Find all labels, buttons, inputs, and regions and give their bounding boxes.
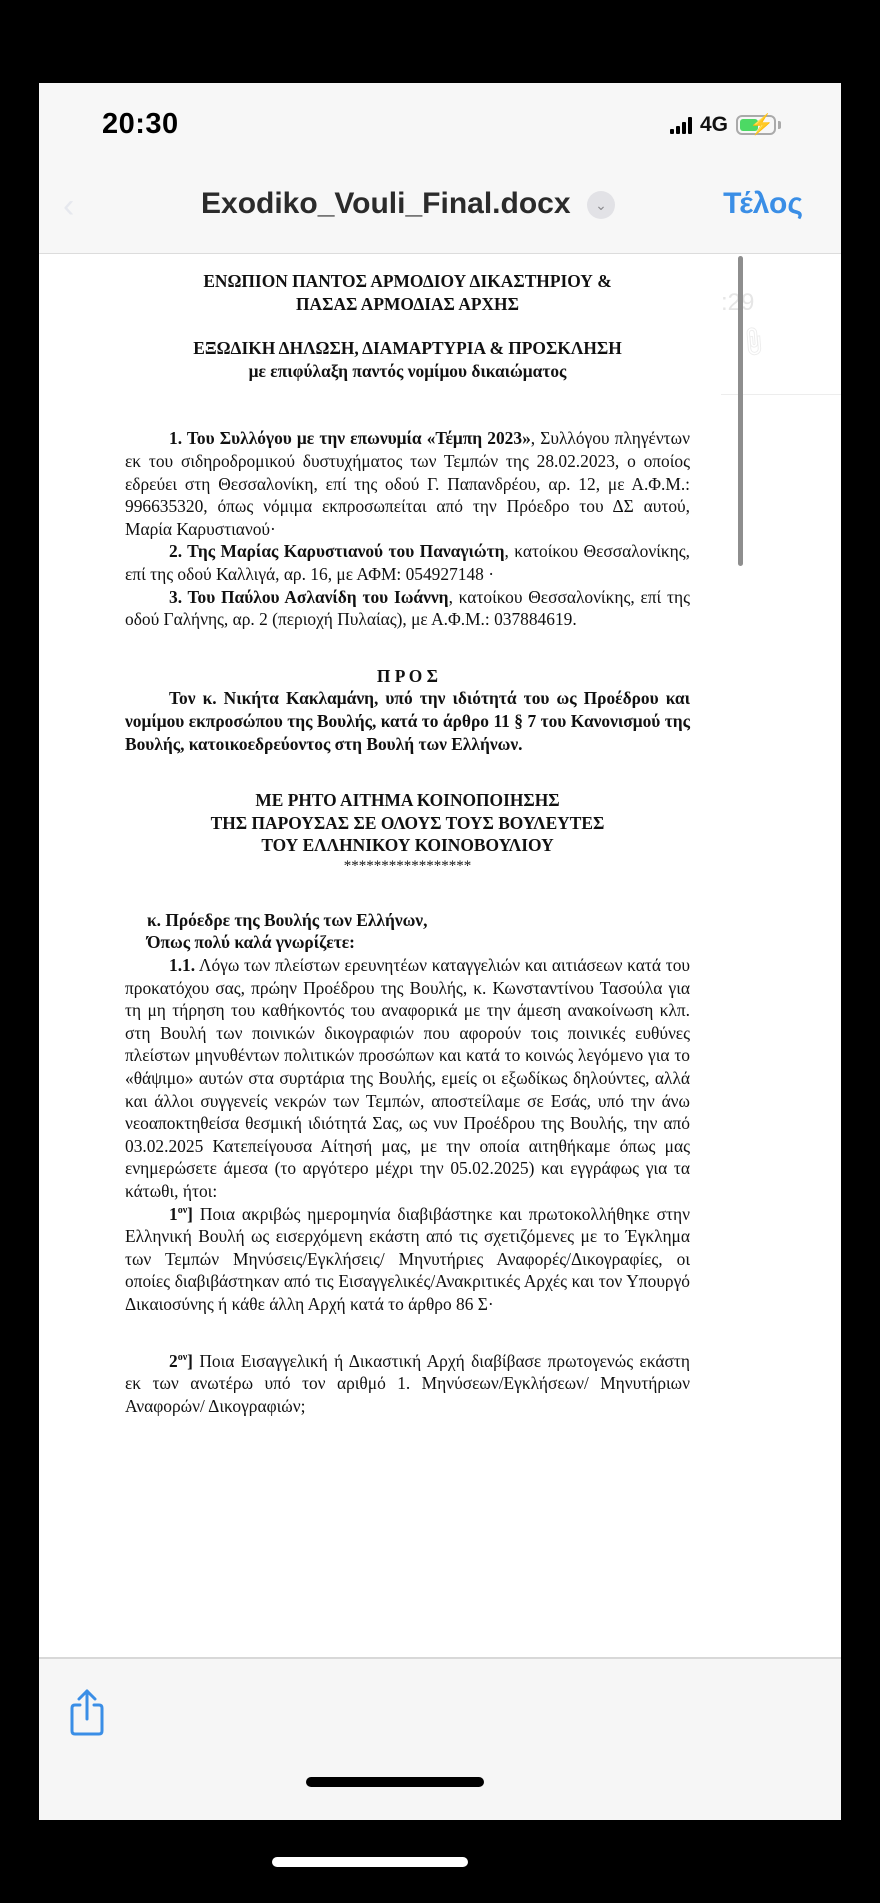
signal-icon — [670, 116, 692, 134]
share-icon — [69, 1687, 105, 1737]
battery-icon: ⚡ — [736, 115, 776, 135]
navigation-bar: ‹ Exodiko_Vouli_Final.docx ⌄ Τέλος — [39, 173, 841, 253]
heading-notice-subtitle: με επιφύλαξη παντός νομίμου δικαιώματος — [125, 360, 690, 383]
question-2-number: 2ον] — [169, 1351, 193, 1371]
phone-screen: 20:30 4G ⚡ ‹ Exodiko_Vouli_Final.docx ⌄ … — [39, 83, 841, 1820]
paragraph-1-1-text: Λόγω των πλείστων ερευνητέων καταγγελιών… — [125, 955, 690, 1201]
chevron-left-icon[interactable]: ‹ — [63, 187, 74, 226]
notice-line-3: ΤΟΥ ΕΛΛΗΝΙΚΟΥ ΚΟΙΝΟΒΟΥΛΙΟΥ — [125, 834, 690, 857]
question-2-text: Ποια Εισαγγελική ή Δικαστική Αρχή διαβίβ… — [125, 1351, 690, 1416]
document-title[interactable]: Exodiko_Vouli_Final.docx — [201, 187, 571, 221]
notice-line-2: ΤΗΣ ΠΑΡΟΥΣΑΣ ΣΕ ΟΛΟΥΣ ΤΟΥΣ ΒΟΥΛΕΥΤΕΣ — [125, 812, 690, 835]
party-2-name: 2. Της Μαρίας Καρυστιανού του Παναγιώτη — [169, 541, 505, 561]
done-button[interactable]: Τέλος — [723, 187, 803, 221]
party-3: 3. Του Παύλου Ασλανίδη του Ιωάννη, κατοί… — [125, 586, 690, 631]
status-indicators: 4G ⚡ — [670, 113, 781, 137]
notice-line-1: ΜΕ ΡΗΤΟ ΑΙΤΗΜΑ ΚΟΙΝΟΠΟΙΗΣΗΣ — [125, 789, 690, 812]
device-home-indicator[interactable] — [272, 1857, 468, 1867]
background-mail-ghost: :29 📎︎ — [711, 254, 841, 654]
question-1-text: Ποια ακριβώς ημερομηνία διαβιβάστηκε και… — [125, 1204, 690, 1314]
party-2: 2. Της Μαρίας Καρυστιανού του Παναγιώτη,… — [125, 540, 690, 585]
question-1: 1ον] Ποια ακριβώς ημερομηνία διαβιβάστηκ… — [125, 1203, 690, 1316]
to-heading: Π Ρ Ο Σ — [125, 665, 690, 688]
document-page: ΕΝΩΠΙΟΝ ΠΑΝΤΟΣ ΑΡΜΟΔΙΟΥ ΔΙΚΑΣΤΗΡΙΟΥ & ΠΑ… — [125, 264, 690, 1417]
status-time: 20:30 — [102, 108, 179, 141]
network-type: 4G — [700, 113, 728, 137]
battery-cap — [778, 121, 781, 129]
heading-court-line2: ΠΑΣΑΣ ΑΡΜΟΔΙΑΣ ΑΡΧΗΣ — [125, 293, 690, 316]
party-1: 1. Του Συλλόγου με την επωνυμία «Τέμπη 2… — [125, 427, 690, 540]
recipient: Τον κ. Νικήτα Κακλαμάνη, υπό την ιδιότητ… — [125, 687, 690, 755]
salutation: κ. Πρόεδρε της Βουλής των Ελλήνων, — [125, 909, 690, 932]
question-1-number: 1ον] — [169, 1204, 193, 1224]
share-button[interactable] — [69, 1687, 105, 1737]
charging-bolt-icon: ⚡ — [749, 113, 774, 137]
paragraph-1-1-number: 1.1. — [169, 955, 195, 975]
paragraph-1-1: 1.1. Λόγω των πλείστων ερευνητέων καταγγ… — [125, 954, 690, 1203]
scrollbar[interactable] — [738, 256, 743, 566]
party-3-name: 3. Του Παύλου Ασλανίδη του Ιωάννη — [169, 587, 449, 607]
document-preview[interactable]: :29 📎︎ ΕΝΩΠΙΟΝ ΠΑΝΤΟΣ ΑΡΜΟΔΙΟΥ ΔΙΚΑΣΤΗΡΙ… — [39, 254, 841, 1657]
heading-notice-title: ΕΞΩΔΙΚΗ ΔΗΛΩΣΗ, ΔΙΑΜΑΡΤΥΡΙΑ & ΠΡΟΣΚΛΗΣΗ — [125, 337, 690, 360]
intro: Όπως πολύ καλά γνωρίζετε: — [125, 931, 690, 954]
party-1-name: 1. Του Συλλόγου με την επωνυμία «Τέμπη 2… — [169, 428, 531, 448]
bottom-toolbar — [39, 1659, 841, 1820]
chevron-down-icon[interactable]: ⌄ — [587, 191, 615, 219]
heading-court-line1: ΕΝΩΠΙΟΝ ΠΑΝΤΟΣ ΑΡΜΟΔΙΟΥ ΔΙΚΑΣΤΗΡΙΟΥ & — [125, 270, 690, 293]
separator-stars: ***************** — [125, 857, 690, 875]
home-indicator[interactable] — [306, 1777, 484, 1787]
question-2: 2ον] Ποια Εισαγγελική ή Δικαστική Αρχή δ… — [125, 1350, 690, 1418]
